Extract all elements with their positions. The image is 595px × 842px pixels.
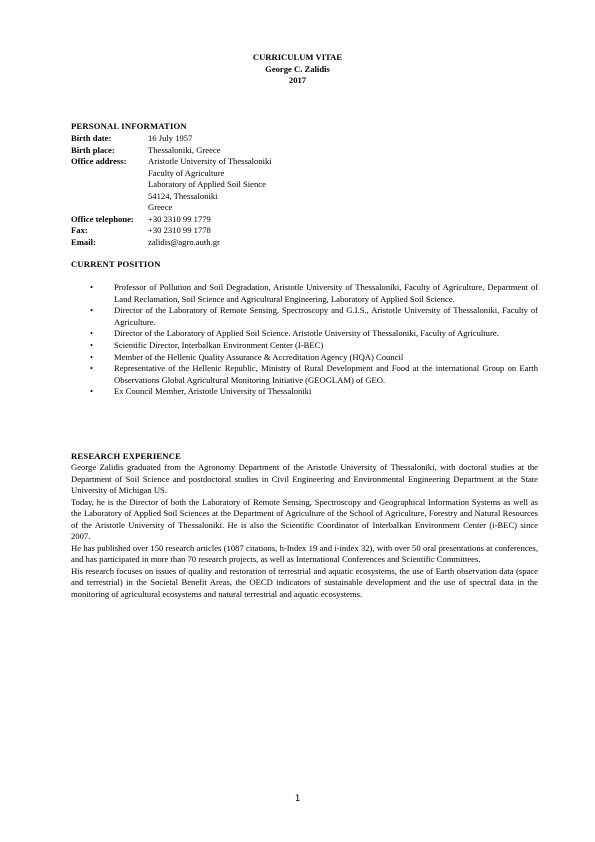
- bullet-icon: •: [90, 340, 93, 352]
- field-label: Office address:: [71, 156, 148, 214]
- field-label: Fax:: [71, 225, 148, 237]
- paragraph: His research focuses on issues of qualit…: [71, 566, 538, 601]
- paragraph: George Zalidis graduated from the Agrono…: [71, 462, 538, 497]
- document-year: 2017: [0, 75, 595, 87]
- list-item: •Professor of Pollution and Soil Degrada…: [71, 282, 538, 305]
- fax-row: Fax: +30 2310 99 1778: [71, 225, 531, 237]
- paragraph: He has published over 150 research artic…: [71, 543, 538, 566]
- office-telephone-row: Office telephone: +30 2310 99 1779: [71, 214, 531, 226]
- bullet-icon: •: [90, 363, 93, 375]
- office-address-row: Office address: Aristotle University of …: [71, 156, 531, 214]
- field-label: Office telephone:: [71, 214, 148, 226]
- birth-place-row: Birth place: Thessaloniki, Greece: [71, 145, 531, 157]
- current-position-heading: CURRENT POSITION: [71, 259, 161, 271]
- bullet-icon: •: [90, 386, 93, 398]
- page-number: 1: [0, 794, 595, 806]
- document-title: CURRICULUM VITAE: [0, 52, 595, 64]
- personal-information-heading: PERSONAL INFORMATION: [71, 121, 187, 133]
- fax-value: +30 2310 99 1778: [148, 225, 531, 237]
- list-item: •Ex Council Member, Aristotle University…: [71, 386, 538, 398]
- list-item: •Member of the Hellenic Quality Assuranc…: [71, 352, 538, 364]
- birth-place-value: Thessaloniki, Greece: [148, 145, 531, 157]
- bullet-icon: •: [90, 305, 93, 317]
- research-experience-body: George Zalidis graduated from the Agrono…: [71, 462, 538, 600]
- office-address-line: Greece: [148, 202, 531, 214]
- list-item: •Scientific Director, Interbalkan Enviro…: [71, 340, 538, 352]
- field-label: Birth place:: [71, 145, 148, 157]
- office-address-line: 54124, Thessaloniki: [148, 191, 531, 203]
- bullet-icon: •: [90, 282, 93, 294]
- research-experience-heading: RESEARCH EXPERIENCE: [71, 451, 181, 463]
- email-row: Email: zalidis@agro.auth.gr: [71, 237, 531, 249]
- office-address-line: Faculty of Agriculture: [148, 168, 531, 180]
- current-position-list: •Professor of Pollution and Soil Degrada…: [71, 282, 538, 398]
- office-telephone-value: +30 2310 99 1779: [148, 214, 531, 226]
- office-address-line: Aristotle University of Thessaloniki: [148, 156, 531, 168]
- email-value[interactable]: zalidis@agro.auth.gr: [148, 237, 531, 249]
- person-name: George C. Zalidis: [0, 64, 595, 76]
- bullet-icon: •: [90, 328, 93, 340]
- paragraph: Today, he is the Director of both the La…: [71, 497, 538, 543]
- birth-date-value: 16 July 1957: [148, 133, 531, 145]
- document-title-block: CURRICULUM VITAE George C. Zalidis 2017: [0, 52, 595, 87]
- bullet-icon: •: [90, 352, 93, 364]
- personal-information-table: Birth date: 16 July 1957 Birth place: Th…: [71, 133, 531, 248]
- list-item: •Director of the Laboratory of Remote Se…: [71, 305, 538, 328]
- office-address-line: Laboratory of Applied Soil Sience: [148, 179, 531, 191]
- list-item: •Representative of the Hellenic Republic…: [71, 363, 538, 386]
- field-label: Email:: [71, 237, 148, 249]
- list-item: •Director of the Laboratory of Applied S…: [71, 328, 538, 340]
- birth-date-row: Birth date: 16 July 1957: [71, 133, 531, 145]
- field-label: Birth date:: [71, 133, 148, 145]
